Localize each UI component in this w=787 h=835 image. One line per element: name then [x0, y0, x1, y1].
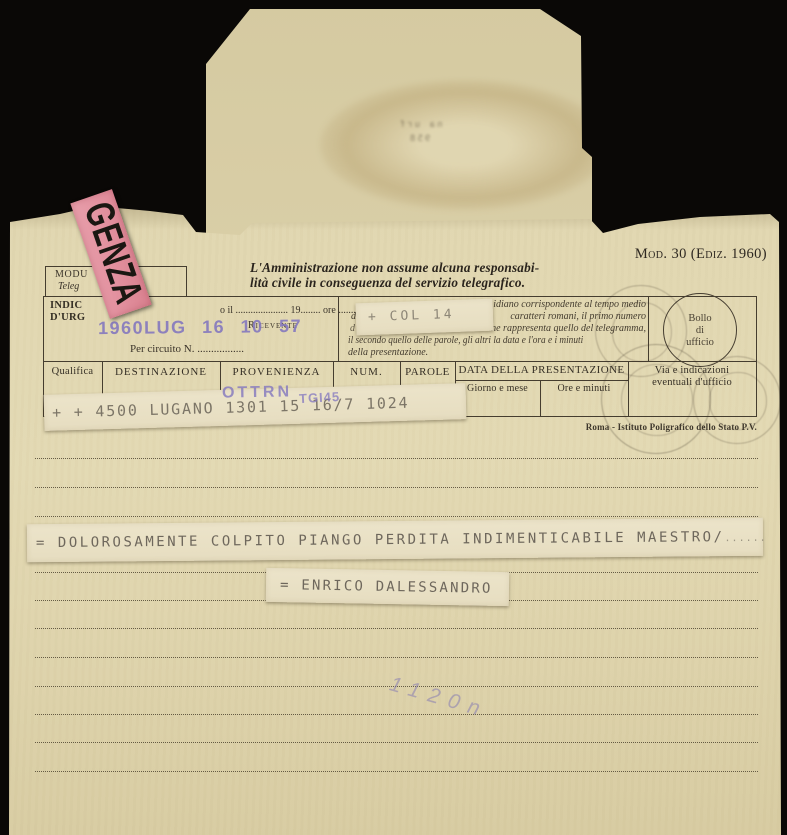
message-trailer-dots: ......: [724, 533, 766, 544]
column-header-parole: PAROLE: [400, 366, 455, 378]
via-indications-line1: Via e indicazioni: [628, 365, 756, 376]
fine-print-line5: della presentazione.: [348, 347, 428, 359]
urgency-indication-line2: D'URG: [50, 312, 85, 323]
urgency-indication-line1: INDIC: [50, 300, 82, 311]
column-header-ore-minuti: Ore e minuti: [540, 383, 628, 394]
routing-overprint-b: TGI45: [299, 389, 341, 406]
fine-print-line4: il secondo quello delle parole, gli altr…: [348, 335, 583, 347]
printer-credit: Roma - Istituto Poligrafico dello Stato …: [357, 422, 757, 432]
column-header-num: NUM.: [333, 366, 400, 378]
message-ruled-line: [35, 657, 758, 658]
via-indications-line2: eventuali d'ufficio: [628, 377, 756, 388]
column-header-destinazione: DESTINAZIONE: [102, 366, 220, 378]
disclaimer-line1: L'Amministrazione non assume alcuna resp…: [250, 260, 580, 275]
col-annotation-text: + COL 14: [368, 307, 455, 325]
message-ruled-line: [35, 771, 758, 772]
bollo-line3: ufficio: [686, 337, 714, 348]
telegram-scan: na urf 958 Mod. 30 (Ediz. 1960) L'Ammini…: [0, 0, 787, 835]
message-ruled-line: [35, 487, 758, 488]
bollo-line1: Bollo: [688, 313, 711, 324]
message-strip: = DOLOROSAMENTE COLPITO PIANGO PERDITA I…: [27, 518, 763, 562]
message-text: = DOLOROSAMENTE COLPITO PIANGO PERDITA I…: [36, 529, 767, 551]
message-ruled-line: [35, 516, 758, 517]
modulario-line1: MODU: [55, 269, 88, 280]
circuito-line: Per circuito N. .................: [130, 343, 244, 355]
bollo-line2: di: [696, 325, 704, 336]
message-ruled-line: [35, 742, 758, 743]
column-header-giorno-mese: Giorno e mese: [455, 383, 540, 394]
mod-edition-label: Mod. 30 (Ediz. 1960): [555, 246, 767, 263]
message-body: = DOLOROSAMENTE COLPITO PIANGO PERDITA I…: [36, 529, 725, 551]
column-header-data-presentazione: DATA DELLA PRESENTAZIONE: [455, 364, 628, 376]
received-at-line: o il ..................... 19........ or…: [220, 305, 358, 316]
ink-bleedthrough: 958: [408, 134, 430, 144]
ink-bleedthrough: na urf: [398, 120, 443, 130]
routing-overprint-a: OTTRN: [222, 383, 292, 402]
col-annotation-strip: + COL 14: [355, 299, 493, 336]
disclaimer-line2: lità civile in conseguenza del servizio …: [250, 275, 580, 290]
table-rule: [455, 380, 628, 381]
modulario-line2: Teleg: [58, 281, 79, 292]
message-ruled-line: [35, 714, 758, 715]
signature-strip: = ENRICO DALESSANDRO: [266, 568, 510, 606]
signature-text: = ENRICO DALESSANDRO: [280, 577, 493, 597]
disclaimer-text: L'Amministrazione non assume alcuna resp…: [250, 260, 580, 290]
paper-stain: [320, 80, 610, 210]
date-received-stamp: 1960LUG 16 10 57: [98, 316, 302, 339]
message-ruled-line: [35, 628, 758, 629]
column-header-provenienza: PROVENIENZA: [220, 366, 333, 378]
message-ruled-line: [35, 458, 758, 459]
column-header-qualifica: Qualifica: [43, 366, 102, 377]
